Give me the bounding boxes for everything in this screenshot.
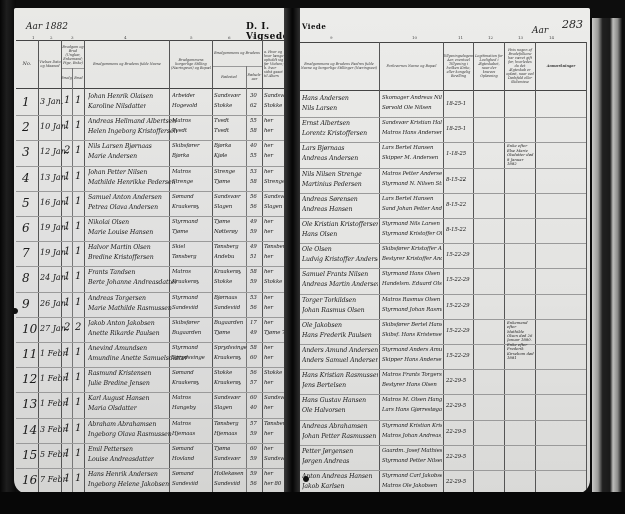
groom-name: Andreas Hellmand Albertsen [88, 118, 176, 125]
bride-birthplace: Sandsvær [214, 456, 241, 462]
row-rule [16, 392, 284, 393]
groom-status: 1 [64, 196, 70, 207]
residence-b: her [264, 380, 284, 386]
bride-birth-year: 59 [250, 431, 257, 437]
residence-a: Sandsvær [264, 395, 284, 401]
groom-occupation: Sømand [172, 194, 194, 200]
groom-status: 1 [64, 423, 70, 434]
row-rule [16, 292, 284, 293]
groom-occupation: Styrmand [172, 219, 198, 225]
entry-number: 12 [22, 372, 37, 386]
residence-a: her [264, 471, 284, 477]
residence-b: her [264, 229, 284, 235]
residence-b: Slagen 71 [264, 204, 284, 210]
column-number: 11 [458, 35, 463, 40]
row-rule [16, 191, 284, 192]
groom-status: 1 [64, 347, 70, 358]
bride-father: Hans Olsen [302, 231, 378, 238]
witness-2: Styrmand Kristoffer Olsen [382, 231, 442, 237]
bride-birth-year: 49 [250, 330, 257, 336]
groom-name: Hans Henrik Andersen [88, 471, 158, 478]
col-header-occupation: Brudgommens borgerlige Stilling (Nærings… [171, 42, 211, 86]
col-header-birthyear: Fødsels-aar [247, 68, 262, 86]
row-rule [300, 394, 586, 395]
col-header-status-bride: Brud [73, 70, 84, 86]
witness-2: Matros Hans Andersen Tvedt [382, 130, 442, 136]
bride-name: Anette Rikarde Paulsen [88, 330, 160, 337]
bride-status: 1 [75, 423, 81, 434]
residence-a: her [264, 169, 284, 175]
witness-2: Matros Ole Jakobsen [382, 483, 442, 489]
row-rule [300, 319, 586, 320]
residence-b: Strenge 82 [264, 179, 284, 185]
bride-status: 1 [75, 297, 81, 308]
groom-occupation: Styrmand [172, 295, 198, 301]
row-rule [300, 218, 586, 219]
groom-residence: Sandeviid [172, 305, 198, 311]
groom-father: Hans Andersen [302, 95, 378, 102]
groom-birthplace: Sandsvær [214, 395, 241, 401]
witness-2: Styrmand Petter Nilsen [382, 458, 442, 464]
groom-birthplace: Stokke [214, 370, 232, 376]
witness-2: Bestyrer Hans Olsen [382, 382, 442, 388]
banns-dates: 15-22-29 [446, 353, 472, 359]
column-number: 13 [518, 35, 523, 40]
groom-name: Karl August Hansen [88, 395, 149, 402]
bride-name: Julie Bredine Jensen [88, 380, 150, 387]
column-divider [586, 42, 587, 494]
residence-a: her [264, 219, 284, 225]
bride-name: Petrea Olava Andersen [88, 204, 158, 211]
groom-occupation: Arbeider [172, 93, 195, 99]
witness-1: Styrmand Anders Amundsen [382, 347, 442, 353]
col-header-fathers: Brudgommens og Brudens Fædres fulde Navn… [300, 44, 378, 88]
page-number: 283 [562, 18, 583, 31]
groom-residence: Sprydsvinge [172, 355, 205, 361]
groom-residence: Hangeby [172, 405, 196, 411]
bride-name: Marie Andersen [88, 153, 137, 160]
groom-name: Johan Petter Nilsen [88, 169, 147, 176]
bride-father: Nils Larsen [302, 105, 378, 112]
entry-number: 16 [22, 473, 37, 487]
groom-status: 1 [64, 171, 70, 182]
witness-1: Lars Bertel Hansen [382, 196, 442, 202]
bride-father: Martinius Pedersen [302, 181, 378, 188]
entry-number: 14 [22, 423, 37, 437]
groom-occupation: Skibsfører [172, 143, 200, 149]
bride-birth-year: 56 [250, 305, 257, 311]
bride-birthplace: Kraakerøy [214, 355, 241, 361]
groom-birth-year: 49 [250, 244, 257, 250]
groom-residence: Hogevold [172, 103, 197, 109]
groom-father: Torger Torkildsen [302, 297, 378, 304]
bride-birthplace: Nøtterøy [214, 229, 238, 235]
groom-occupation: Sømand [172, 446, 194, 452]
groom-birthplace: Sandsvær [214, 194, 241, 200]
row-rule [16, 216, 284, 217]
bride-name: Karoline Nilsdatter [88, 103, 146, 110]
entry-number: 8 [22, 271, 30, 285]
groom-name: Samuel Anton Andersen [88, 194, 162, 201]
groom-father: Nils Nilsen Strenge [302, 171, 378, 178]
bride-father: Andreas Hansen [302, 206, 378, 213]
bride-status: 1 [75, 95, 81, 106]
right-year-label: Aar [532, 26, 548, 36]
bride-status: 1 [75, 473, 81, 484]
witness-1: Sandsvær Kristian Halvorsen [382, 120, 442, 126]
groom-father: Ernst Albertsen [302, 120, 378, 127]
witness-1: Matros Rasmus Olsen Sandeviid [382, 297, 442, 303]
marriage-date: 3 Jan. [40, 97, 63, 106]
page-edge-stack [592, 18, 622, 496]
row-rule [300, 294, 586, 295]
groom-birth-year: 57 [250, 421, 257, 427]
bride-father: Jens Bertelsen [302, 382, 378, 389]
col-header-remarks: Anmærkninger [537, 44, 585, 88]
bride-birth-year: 40 [250, 405, 257, 411]
register-book: Aar 1882 D. I. Vigsede 1 2 3 4 5 6 7 8 N… [14, 8, 602, 496]
groom-birthplace: Bjørnaas [214, 295, 237, 301]
bride-birth-year: 62 [250, 103, 257, 109]
row-rule [300, 445, 586, 446]
witness-2: Matros Johan Andreas Johannesen [382, 433, 442, 439]
witness-2: Skibsf. Hans Kristensen Bugaarden [382, 332, 442, 338]
groom-residence: Tjøme [172, 229, 188, 235]
bride-birth-year: 51 [250, 254, 257, 260]
bride-birth-year: 56 [250, 481, 257, 487]
groom-birthplace: Tjøme [214, 219, 230, 225]
groom-birthplace: Sprydsvinge [214, 345, 247, 351]
residence-a: her [264, 295, 284, 301]
groom-name: Emil Pettersen [88, 446, 133, 453]
separation-remark: Enkemand efter Mathilde Olsen død 26 Jan… [507, 321, 534, 361]
witness-1: Matros Petter Andersen [382, 171, 442, 177]
groom-occupation: Matros [172, 395, 191, 401]
entry-number: 1 [22, 95, 30, 109]
row-rule [300, 168, 586, 169]
bride-status: 1 [75, 448, 81, 459]
groom-status: 1 [64, 221, 70, 232]
bride-birthplace: Kraakerøy [214, 380, 241, 386]
groom-name: Anevind Amundsen [88, 345, 147, 352]
left-page: Aar 1882 D. I. Vigsede 1 2 3 4 5 6 7 8 N… [14, 8, 284, 494]
col-header-legitimation: Legitimation for Lovlighed i Ægteskabet,… [475, 44, 503, 88]
groom-residence: Hjemaas [172, 431, 195, 437]
bride-status: 1 [75, 145, 81, 156]
row-rule [300, 369, 586, 370]
bride-birth-year: 55 [250, 153, 257, 159]
groom-status: 1 [64, 246, 70, 257]
witness-1: Skibsfører Bertel Hansen [382, 322, 442, 328]
row-rule [16, 115, 284, 116]
column-divider [246, 66, 247, 494]
groom-occupation: Matros [172, 269, 191, 275]
bride-father: Johan Rasmus Olsen [302, 307, 378, 314]
bride-name: Berte Johanne Andreasdatter [88, 279, 177, 286]
residence-a: her [264, 320, 284, 326]
col-header-birthplace: Fødested [213, 68, 245, 86]
groom-residence: Tønsberg [172, 254, 197, 260]
groom-birthplace: Tønsberg [214, 421, 239, 427]
residence-a: her [264, 118, 284, 124]
col-header-banns: Tillysningsdagens Aar, eventuel Tillysni… [445, 44, 472, 88]
groom-status: 1 [64, 120, 70, 131]
residence-a: her [264, 345, 284, 351]
witness-1: Styrmand Carl Jakobsen [382, 473, 442, 479]
groom-status: 1 [64, 95, 70, 106]
witness-1: Styrmand Nils Larsen [382, 221, 442, 227]
groom-birth-year: 55 [250, 118, 257, 124]
entry-number: 11 [22, 347, 37, 361]
groom-birth-year: 56 [250, 194, 257, 200]
bride-birth-year: 58 [250, 128, 257, 134]
row-rule [300, 142, 586, 143]
residence-b: Tjøme 79 [264, 330, 284, 336]
row-rule [300, 344, 586, 345]
entry-number: 15 [22, 448, 37, 462]
witness-1: Styrmand Hans Olsen [382, 271, 442, 277]
bride-status: 1 [75, 347, 81, 358]
groom-father: Ole Olsen [302, 246, 378, 253]
groom-birth-year: 58 [250, 269, 257, 275]
banns-dates: 15-22-29 [446, 252, 472, 258]
groom-birth-year: 40 [250, 143, 257, 149]
bride-status: 1 [75, 171, 81, 182]
banns-dates: 22-29-5 [446, 378, 472, 384]
residence-b: Stokke 77 [264, 103, 284, 109]
entry-number: 9 [22, 297, 30, 311]
residence-a: Stokke 77 [264, 370, 284, 376]
witness-1: Styrmand Kristian Kristoffersen [382, 423, 442, 429]
bride-status: 2 [75, 322, 81, 333]
witness-1: Lars Bertel Hansen [382, 145, 442, 151]
groom-birth-year: 49 [250, 219, 257, 225]
entry-number: 5 [22, 196, 30, 210]
banns-dates: 22-29-5 [446, 429, 472, 435]
header-top-rule [16, 40, 284, 41]
row-rule [16, 418, 284, 419]
bride-birthplace: Andebu [214, 254, 234, 260]
banns-dates: 22-29-5 [446, 403, 472, 409]
residence-a: her [264, 446, 284, 452]
col-header-names: Brudgommens og Brudens fulde Navne [86, 42, 168, 86]
entry-number: 4 [22, 171, 30, 185]
residence-b: her [264, 153, 284, 159]
witness-2: Skipper Hans Andersen Bjerke [382, 357, 442, 363]
col-header-no: No. [16, 42, 38, 86]
bride-father: Lorentz Kristoffersen [302, 130, 378, 137]
bride-birth-year: 57 [250, 380, 257, 386]
bride-name: Ingeborg Olava Rasmussen [88, 431, 172, 438]
groom-birthplace: Bugaarden [214, 320, 243, 326]
bride-father: Ole Halvorsen [302, 407, 378, 414]
groom-birthplace: Tvedt [214, 118, 229, 124]
groom-name: Andreas Torgersen [88, 295, 146, 302]
column-number: 10 [412, 35, 417, 40]
groom-father: Ole Jakobsen [302, 322, 378, 329]
groom-birthplace: Tønsberg [214, 244, 239, 250]
bride-father: Andreas Martin Andersen [302, 281, 378, 288]
bride-birth-year: 59 [250, 279, 257, 285]
bride-birthplace: Tjøme [214, 179, 230, 185]
witness-2: Lars Hans Gjørrestøgaen [382, 407, 442, 413]
groom-occupation: Styrmand [172, 345, 198, 351]
section-title-cont: Viede [302, 22, 326, 31]
groom-birth-year: 56 [250, 370, 257, 376]
bride-birth-year: 58 [250, 179, 257, 185]
bride-status: 1 [75, 372, 81, 383]
groom-birth-year: 60 [250, 446, 257, 452]
bride-birthplace: Slagen [214, 405, 232, 411]
groom-status: 1 [64, 271, 70, 282]
bride-status: 1 [75, 196, 81, 207]
groom-name: Nikolai Olsen [88, 219, 129, 226]
groom-father: Hans Kristian Rasmussen [302, 372, 378, 379]
groom-name: Rasmund Kristensen [88, 370, 151, 377]
row-rule [16, 468, 284, 469]
col-header-status-groom: Brudg. [62, 70, 72, 86]
witness-1: Skomager Andreas Nilsen [382, 95, 442, 101]
bride-father: Jakob Karlsen [302, 483, 378, 490]
bride-name: Bredine Kristoffersen [88, 254, 154, 261]
bride-status: 1 [75, 271, 81, 282]
groom-father: Anton Andreas Hansen [302, 473, 378, 480]
bride-father: Jørgen Andreas [302, 458, 378, 465]
groom-residence: Kraakerøy [172, 380, 199, 386]
banns-dates: 1-18-25 [446, 151, 472, 157]
bride-birthplace: Stokke [214, 279, 232, 285]
bride-birthplace: Stokke [214, 103, 232, 109]
banns-dates: 22-29-5 [446, 479, 472, 485]
bride-name: Maria Olsdatter [88, 405, 137, 412]
bride-father: Johan Petter Rasmussen [302, 433, 378, 440]
groom-birth-year: 59 [250, 471, 257, 477]
bride-name: Ingeborg Helene Jakobsen [88, 481, 169, 488]
entry-number: 3 [22, 145, 30, 159]
witness-1: Matros Frants Torgersen [382, 372, 442, 378]
bride-name: Helen Ingeborg Kristoffersen [88, 128, 177, 135]
col-header-status: Brudgom og Brud (Ungkar, Enkemand; Pige,… [62, 42, 84, 67]
bride-birth-year: 59 [250, 456, 257, 462]
banns-dates: 22-29-5 [446, 454, 472, 460]
banns-dates: 15-22-29 [446, 303, 472, 309]
groom-residence: Bjørkø [172, 153, 189, 159]
groom-residence: Sandeviid [172, 481, 198, 487]
bride-father: Ludvig Kristoffer Andersen [302, 256, 378, 263]
entry-number: 13 [22, 397, 37, 411]
left-year-label: Aar 1882 [26, 22, 68, 32]
bride-birth-year: 60 [250, 355, 257, 361]
scan-bottom-shadow [0, 492, 625, 514]
right-page: Viede Aar 283 9 10 11 12 13 14 Brudgomme… [300, 8, 590, 494]
row-rule [300, 193, 586, 194]
groom-birth-year: 58 [250, 345, 257, 351]
groom-occupation: Skiel [172, 244, 185, 250]
residence-a: Sandsvær [264, 194, 284, 200]
row-rule [300, 420, 586, 421]
bride-birthplace: Kjøle [214, 153, 227, 159]
residence-b: her [264, 355, 284, 361]
residence-b: Stokke 78 [264, 279, 284, 285]
entry-number: 7 [22, 246, 30, 260]
row-rule [300, 117, 586, 118]
groom-occupation: Sømand [172, 471, 194, 477]
bride-name: Louise Andreasdatter [88, 456, 154, 463]
row-rule [300, 268, 586, 269]
groom-birth-year: 60 [250, 395, 257, 401]
witness-2: Bestyrer Kristoffer Andersen [382, 256, 442, 262]
groom-residence: Bugaarden [172, 330, 201, 336]
bride-birthplace: Tvedt [214, 128, 229, 134]
entry-number: 6 [22, 221, 30, 235]
groom-name: Halvor Martin Olsen [88, 244, 151, 251]
entry-number: 10 [22, 322, 37, 336]
residence-b: her 80 [264, 481, 284, 487]
bride-birthplace: Sandeviid [214, 481, 240, 487]
bride-status: 1 [75, 221, 81, 232]
groom-father: Petter Jørgensen [302, 448, 378, 455]
groom-status: 1 [64, 372, 70, 383]
row-rule [16, 317, 284, 318]
groom-birthplace: Kraakerøy [214, 269, 241, 275]
groom-birth-year: 30 [250, 93, 257, 99]
groom-residence: Hovland [172, 456, 194, 462]
bride-birth-year: 56 [250, 204, 257, 210]
groom-occupation: Sømand [172, 370, 194, 376]
separation-remark: Enke efter Else Marie Olsdatter død 8 Ja… [507, 144, 534, 166]
groom-status: 1 [64, 297, 70, 308]
groom-name: Abraham Abrahamsen [88, 421, 156, 428]
residence-b: her [264, 431, 284, 437]
groom-residence: Strenge [172, 179, 193, 185]
ink-blot [303, 476, 309, 482]
witness-1: Gaardm. Josef Mathiesen [382, 448, 442, 454]
bride-father: Anders Samuel Andersen [302, 357, 378, 364]
groom-birth-year: 53 [250, 169, 257, 175]
column-number: 12 [488, 35, 493, 40]
column-number: 14 [549, 35, 554, 40]
bride-father: Andreas Andersen [302, 155, 378, 162]
col-header-residence: a. Hvor og hvor længe opholdt sig før Vi… [264, 42, 284, 86]
bride-father: Hans Frederik Paulsen [302, 332, 378, 339]
birth-subrule [212, 66, 262, 67]
groom-father: Andreas Abrahamsen [302, 423, 378, 430]
groom-occupation: Matros [172, 169, 191, 175]
groom-birth-year: 17 [250, 320, 257, 326]
column-number: 9 [330, 35, 333, 40]
banns-dates: 15-22-29 [446, 328, 472, 334]
entry-number: 2 [22, 120, 30, 134]
groom-residence: Kraakerøy [172, 204, 199, 210]
groom-father: Ole Kristian Kristoffersen [302, 221, 378, 228]
bride-name: Mathilde Henrikke Pedersen [88, 179, 176, 186]
row-rule [16, 266, 284, 267]
groom-birthplace: Bjørkø [214, 143, 231, 149]
banns-dates: 18-25-1 [446, 101, 472, 107]
groom-birthplace: Hollekøsen [214, 471, 244, 477]
status-subrule [62, 68, 84, 69]
witness-2: Handelsm. Eduard Olsen [382, 281, 442, 287]
bride-status: 1 [75, 397, 81, 408]
col-header-birth-group: Brudgommens og Brudens [213, 42, 261, 64]
bride-birthplace: Sandeviid [214, 305, 240, 311]
bride-name: Marie Louise Hansen [88, 229, 153, 236]
witness-1: Matros M. Olsen Hangeby [382, 397, 442, 403]
row-rule [16, 367, 284, 368]
groom-birthplace: Sandsvær [214, 93, 241, 99]
witness-2: Sørvold Ole Nilsen [382, 105, 442, 111]
ink-blot [14, 308, 18, 314]
